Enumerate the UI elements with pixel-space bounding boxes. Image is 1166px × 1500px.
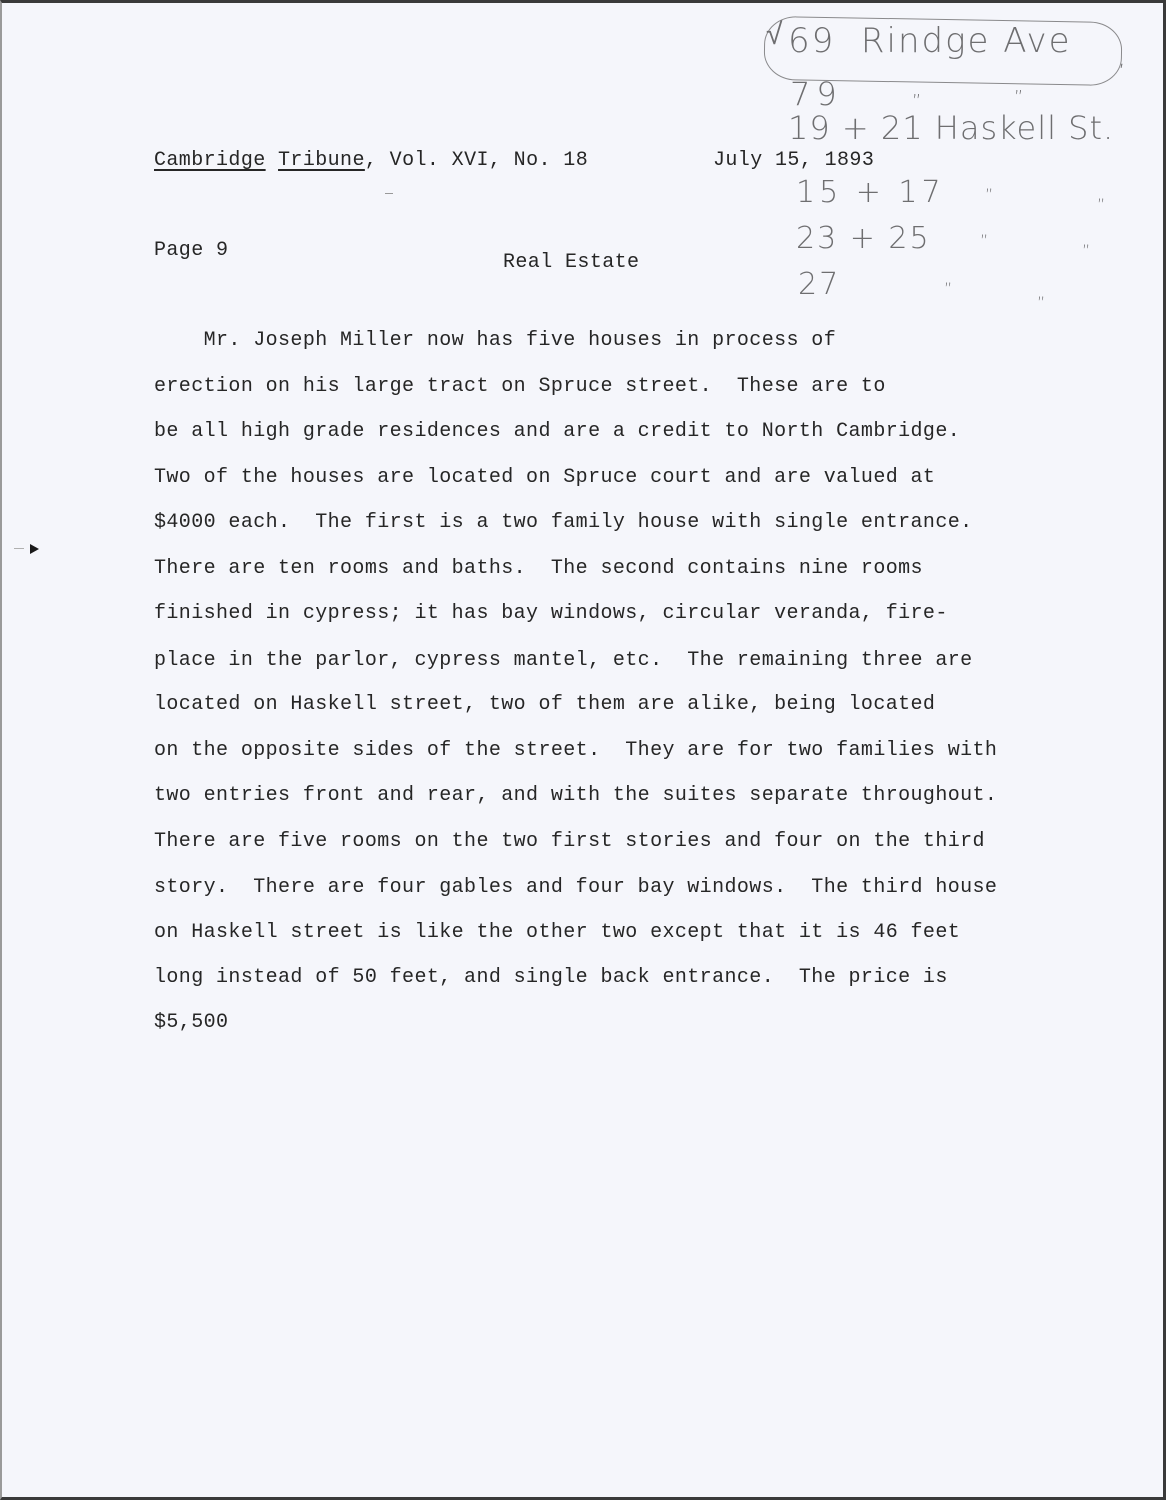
article-line: erection on his large tract on Spruce st… — [154, 375, 886, 398]
ditto-mark: ” — [1014, 87, 1023, 108]
article-line: two entries front and rear, and with the… — [154, 784, 997, 807]
ditto-mark: ” — [980, 231, 988, 250]
article-line: long instead of 50 feet, and single back… — [154, 966, 948, 989]
annotation-line-5: 23 + 25 — [796, 221, 931, 256]
ditto-mark: ” — [1097, 195, 1105, 214]
article-line: $5,500 — [154, 1011, 228, 1034]
article-line: There are five rooms on the two first st… — [154, 830, 985, 853]
publication-name-2: Tribune — [278, 149, 365, 172]
annotation-line-2: 79 — [790, 75, 843, 113]
article-line: Two of the houses are located on Spruce … — [154, 466, 935, 489]
article-line: be all high grade residences and are a c… — [154, 420, 960, 443]
section-title: Real Estate — [503, 251, 639, 274]
ditto-mark: ” — [1082, 241, 1090, 260]
article-line: There are ten rooms and baths. The secon… — [154, 557, 923, 580]
page-number: Page 9 — [154, 239, 228, 262]
citation-header: Cambridge Tribune, Vol. XVI, No. 18 — [154, 149, 588, 172]
article-line: story. There are four gables and four ba… — [154, 876, 997, 899]
volume-issue: , Vol. XVI, No. 18 — [365, 149, 588, 172]
article-line: on the opposite sides of the street. The… — [154, 739, 997, 762]
ditto-mark: ” — [1037, 293, 1045, 312]
article-line: finished in cypress; it has bay windows,… — [154, 602, 948, 625]
annotation-line-3: 19 + 21 Haskell St. — [788, 109, 1114, 147]
article-line: on Haskell street is like the other two … — [154, 921, 960, 944]
annotation-comma: , — [1118, 43, 1126, 71]
margin-tick — [14, 548, 24, 549]
ditto-mark: ” — [985, 185, 993, 204]
article-line: $4000 each. The first is a two family ho… — [154, 511, 973, 534]
article-line: place in the parlor, cypress mantel, etc… — [154, 649, 973, 672]
check-mark: √ — [766, 17, 782, 52]
stray-mark — [385, 193, 393, 194]
article-line: located on Haskell street, two of them a… — [154, 693, 935, 716]
margin-arrow-icon — [30, 544, 39, 554]
ditto-mark: ” — [944, 279, 952, 298]
article-line: Mr. Joseph Miller now has five houses in… — [154, 329, 836, 352]
annotation-line-4: 15 + 17 — [796, 175, 945, 210]
publication-date: July 15, 1893 — [713, 149, 874, 172]
annotation-line-1: 69 Rindge Ave — [788, 21, 1072, 61]
annotation-line-6: 27 — [798, 267, 840, 302]
document-page: √ 69 Rindge Ave , 79 ” ” 19 + 21 Haskell… — [0, 0, 1166, 1500]
publication-name: Cambridge — [154, 149, 266, 172]
